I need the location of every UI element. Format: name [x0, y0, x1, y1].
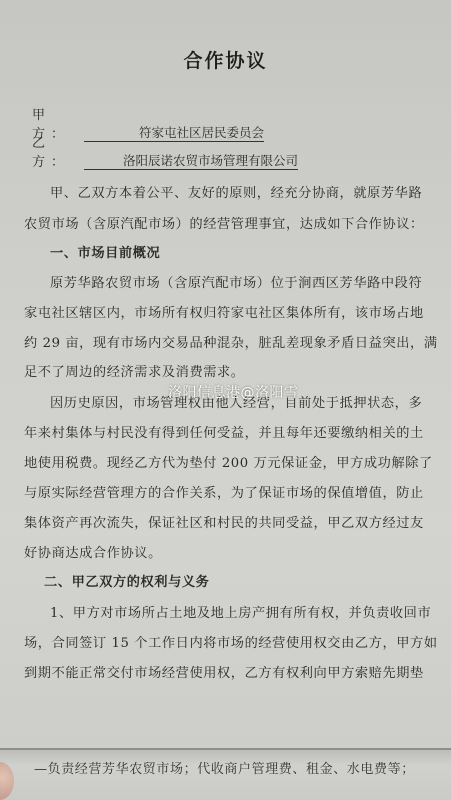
paragraph-line: 1、甲方对市场所占土地及地上房产拥有所有权，并负责收回市 — [50, 602, 450, 621]
next-page-text: —负责经营芳华农贸市场；代收商户管理费、租金、水电费等； — [34, 758, 415, 777]
party-b-value: 洛阳辰诺农贸市场管理有限公司 — [84, 151, 298, 170]
intro-line: 农贸市场（含原汽配市场）的经营管理事宜，达成如下合作协议： — [24, 213, 424, 232]
party-b-label: 乙 方： — [32, 132, 84, 170]
document-title: 合作协议 — [0, 46, 451, 73]
paragraph-line: 足不了周边的经济需求及消费需求。 — [24, 361, 424, 380]
paragraph-line: 约 29 亩，现有市场内交易品种混杂，脏乱差现象矛盾日益突出，满 — [24, 332, 424, 351]
paragraph-line: 年来村集体与村民没有得到任何受益，并且每年还要缴纳相关的土 — [24, 422, 424, 441]
paragraph-line: 与原实际经营管理方的合作关系，为了保证市场的保值增值，防止 — [24, 482, 424, 501]
document-page: 合作协议 甲 方： 符家屯社区居民委员会 乙 方： 洛阳辰诺农贸市场管理有限公司… — [0, 0, 451, 752]
intro-line: 甲、乙双方本着公平、友好的原则，经充分协商，就原芳华路 — [50, 182, 450, 201]
paragraph-line: 场，合同签订 15 个工作日内将市场的经营使用权交由乙方，甲方如 — [24, 632, 424, 651]
section-heading: 一、市场目前概况 — [50, 242, 450, 261]
party-b: 乙 方： 洛阳辰诺农贸市场管理有限公司 — [32, 132, 298, 170]
section-heading: 二、甲乙双方的权利与义务 — [44, 571, 444, 590]
next-page-fold: —负责经营芳华农贸市场；代收商户管理费、租金、水电费等； — [0, 748, 451, 800]
paragraph-line: 集体资产再次流失，保证社区和村民的共同受益，甲乙双方经过友 — [24, 512, 424, 531]
paragraph-line: 好协商达成合作协议。 — [24, 542, 424, 561]
paragraph-line: 原芳华路农贸市场（含原汽配市场）位于涧西区芳华路中段符 — [50, 272, 450, 291]
paragraph-line: 家屯社区辖区内，市场所有权归符家屯社区集体所有，该市场占地 — [24, 302, 424, 321]
watermark: 洛阳信息港@洛阳雪 — [168, 382, 299, 402]
paragraph-line: 到期不能正常交付市场经营使用权，乙方有权利向甲方索赔先期垫 — [24, 662, 424, 681]
paragraph-line: 地使用税费。现经乙方代为垫付 200 万元保证金，甲方成功解除了 — [24, 452, 424, 471]
